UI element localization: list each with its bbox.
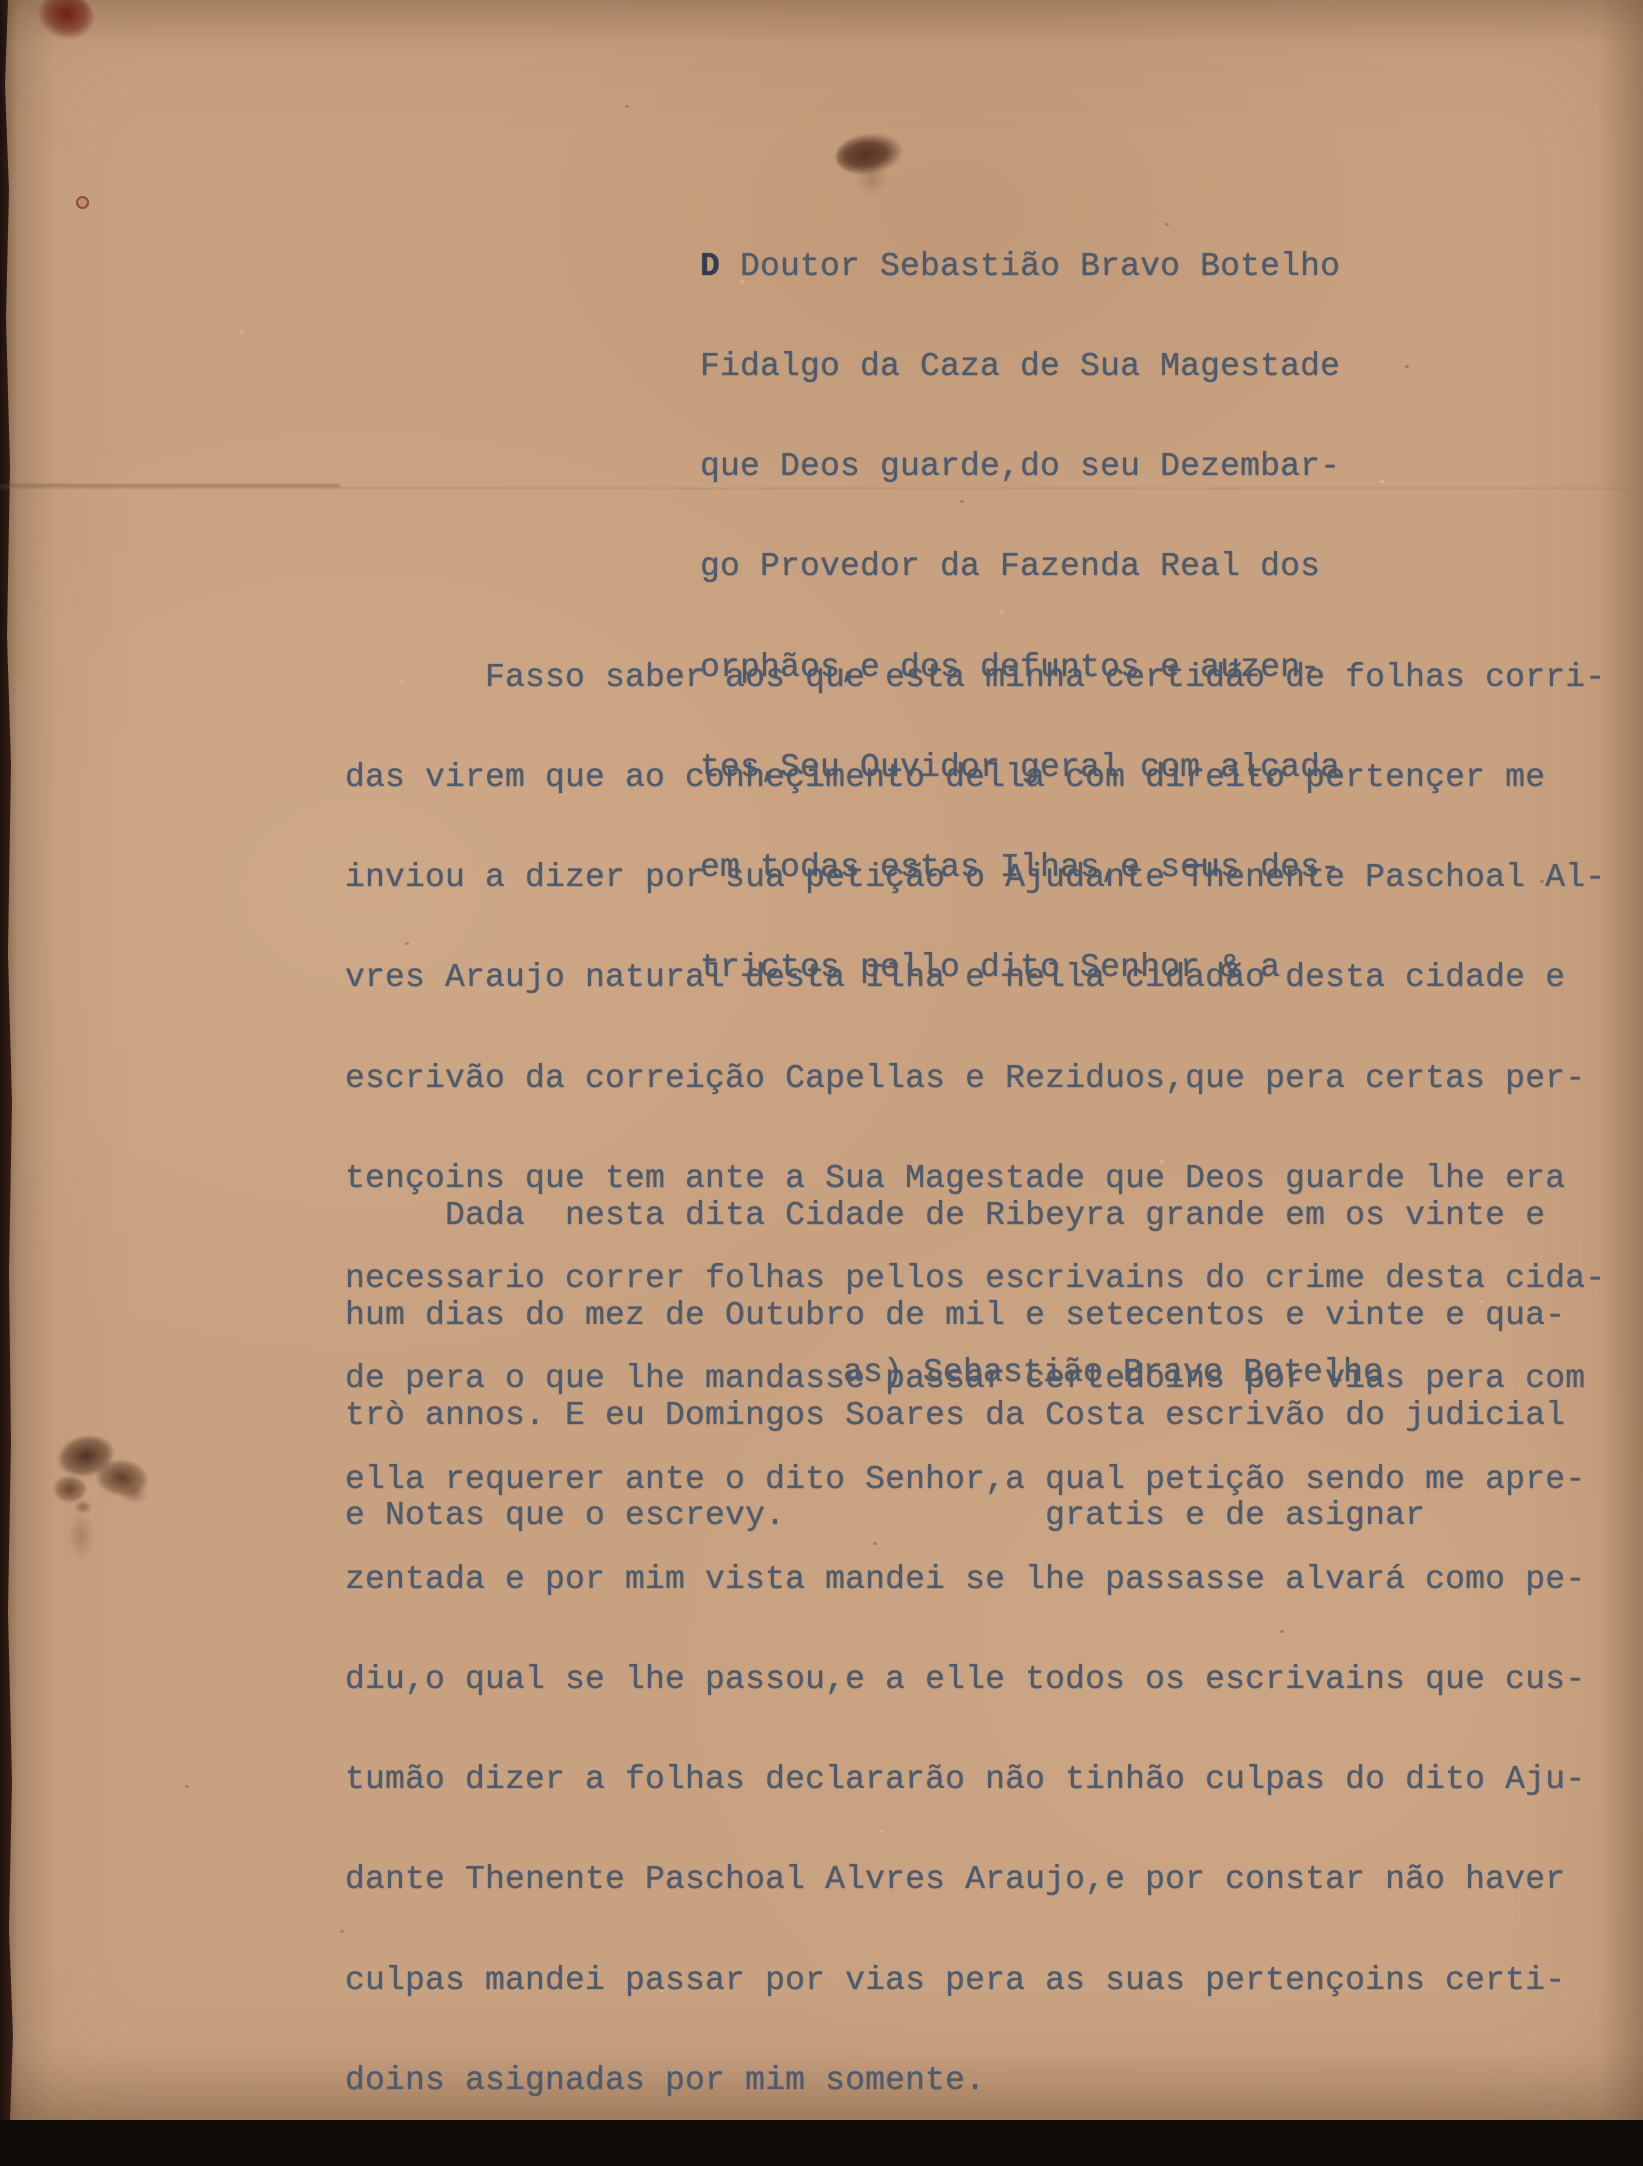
text-line: Fasso saber aos que esta minha certidão … [345,661,1605,694]
text-line: D Doutor Sebastião Bravo Botelho [700,250,1340,283]
document-page: D Doutor Sebastião Bravo Botelho Fidalgo… [0,0,1643,2120]
text-line: Fidalgo da Caza de Sua Magestade [700,350,1340,383]
text-line: Dada nesta dita Cidade de Ribeyra grande… [345,1199,1565,1232]
text-line: doins asignadas por mim somente. [345,2064,1605,2097]
text-line: que Deos guarde,do seu Dezembar- [700,450,1340,483]
text-line: diu,o qual se lhe passou,e a elle todos … [345,1663,1605,1696]
red-speck [76,196,89,209]
torn-left-edge [0,0,14,2120]
stain-blob [120,1484,148,1504]
stain-blob [68,1512,94,1560]
text-line: culpas mandei passar por vias pera as su… [345,1964,1605,1997]
text-line: dante Thenente Paschoal Alvres Araujo,e … [345,1863,1605,1896]
red-corner-stain [34,0,99,44]
signature-line: as) Sebastião Bravo Botelho [843,1356,1383,1389]
text-line: inviou a dizer por sua petição o Ajudant… [345,861,1605,894]
text-line: e Notas que o escrevy. gratis e de asign… [345,1499,1565,1532]
text-line: trò annos. E eu Domingos Soares da Costa… [345,1399,1565,1432]
text-line: das virem que ao conheçimento della com … [345,761,1605,794]
text-line: hum dias do mez de Outubro de mil e sete… [345,1299,1565,1332]
fold-crease-left [0,484,340,487]
stain-cluster [40,1422,180,1582]
text-line: vres Araujo natural desta Ilha e nella c… [345,961,1605,994]
text-line: go Provedor da Fazenda Real dos [700,550,1340,583]
stain-blob [54,1476,86,1502]
text-line: tumão dizer a folhas declararão não tinh… [345,1763,1605,1796]
text-line: escrivão da correição Capellas e Reziduo… [345,1062,1605,1095]
